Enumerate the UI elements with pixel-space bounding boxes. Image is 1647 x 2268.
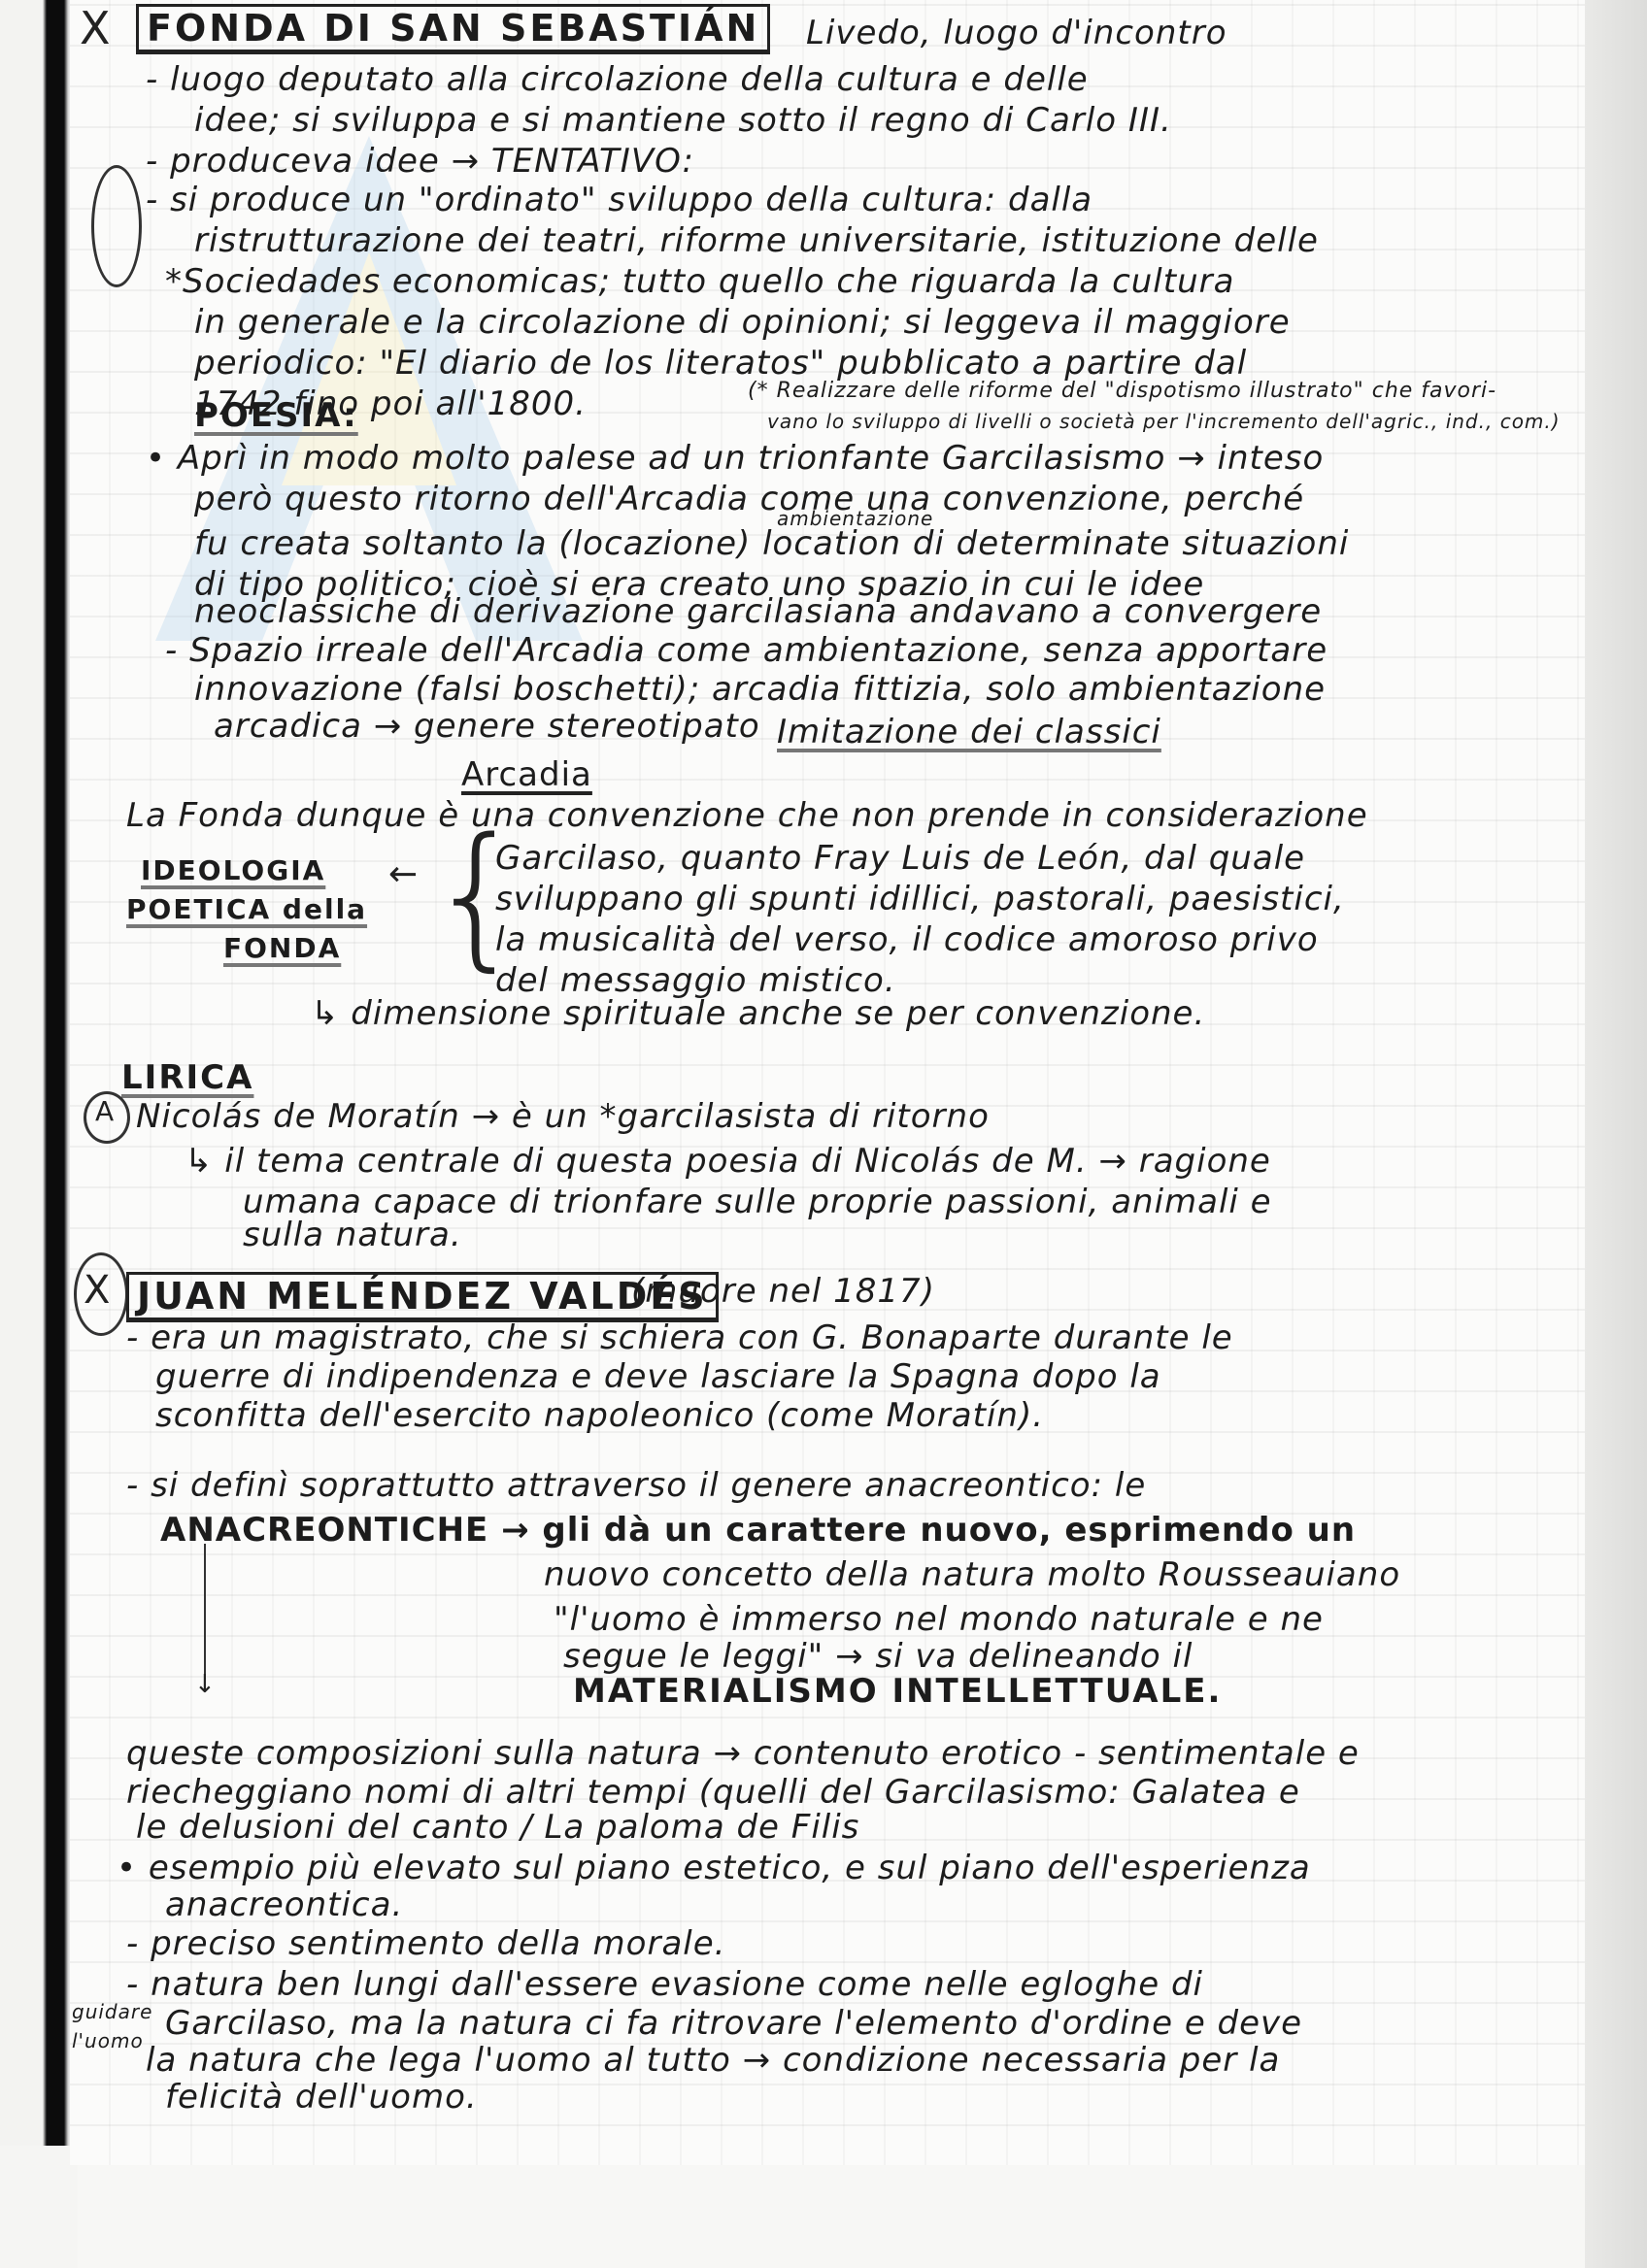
note-line: guerre di indipendenza e deve lasciare l…: [155, 1357, 1161, 1396]
margin-note: guidare: [72, 2000, 152, 2023]
footnote-line: (* Realizzare delle riforme del "dispoti…: [748, 379, 1496, 403]
footnote-line: vano lo sviluppo di livelli o società pe…: [767, 410, 1561, 433]
note-line: anacreontica.: [165, 1885, 403, 1924]
note-line: però questo ritorno dell'Arcadia come un…: [194, 480, 1304, 518]
side-label: IDEOLOGIA: [141, 854, 325, 886]
section-title-fonda: FONDA DI SAN SEBASTIÁN: [136, 4, 770, 54]
title-note: (muore nel 1817): [631, 1272, 935, 1311]
note-line: ↳ il tema centrale di questa poesia di N…: [185, 1142, 1271, 1181]
note-line: neoclassiche di derivazione garcilasiana…: [194, 592, 1322, 631]
margin-circle-mark: [91, 165, 142, 287]
arrow-left-icon: ←: [388, 854, 418, 894]
note-line: queste composizioni sulla natura → conte…: [126, 1734, 1360, 1773]
section-heading-poesia: POESIA:: [194, 396, 358, 435]
side-note: Imitazione dei classici: [777, 713, 1161, 751]
note-line: segue le leggi" → si va delineando il: [563, 1637, 1193, 1676]
note-line: sviluppano gli spunti idillici, pastoral…: [495, 880, 1345, 918]
margin-x-mark: X: [84, 1268, 110, 1313]
note-line: - preciso sentimento della morale.: [126, 1924, 725, 1963]
note-line: Garcilaso, quanto Fray Luis de León, dal…: [495, 839, 1305, 878]
note-line: felicità dell'uomo.: [165, 2078, 478, 2117]
note-line: MATERIALISMO INTELLETTUALE.: [573, 1672, 1222, 1711]
margin-x-mark: X: [80, 2, 111, 54]
note-line: - produceva idee → TENTATIVO:: [146, 142, 694, 181]
margin-mark-a: A: [95, 1095, 114, 1127]
note-line: - Spazio irreale dell'Arcadia come ambie…: [165, 631, 1328, 670]
note-line: ristrutturazione dei teatri, riforme uni…: [194, 221, 1319, 260]
note-line: innovazione (falsi boschetti); arcadia f…: [194, 670, 1326, 709]
note-line: - luogo deputato alla circolazione della…: [146, 60, 1089, 99]
down-arrow: [204, 1544, 206, 1680]
note-line: • Aprì in modo molto palese ad un trionf…: [146, 439, 1324, 478]
note-line: Garcilaso, ma la natura ci fa ritrovare …: [165, 2004, 1302, 2043]
arrow-down-icon: ↓: [194, 1670, 216, 1699]
note-line: "l'uomo è immerso nel mondo naturale e n…: [554, 1600, 1324, 1639]
note-line: - era un magistrato, che si schiera con …: [126, 1318, 1233, 1357]
scan-right-edge: [1585, 0, 1647, 2268]
note-line: arcadica → genere stereotipato: [214, 707, 760, 746]
note-line: in generale e la circolazione di opinion…: [194, 303, 1291, 342]
side-label: POETICA della: [126, 893, 367, 925]
side-label: FONDA: [223, 932, 341, 964]
scan-binding-edge: [0, 0, 70, 2268]
margin-note: l'uomo: [72, 2029, 144, 2052]
note-line: sconfitta dell'esercito napoleonico (com…: [155, 1396, 1044, 1435]
section-heading-lirica: LIRICA: [121, 1058, 253, 1097]
section-title-meléndez: JUAN MELÉNDEZ VALDÉS: [126, 1272, 719, 1322]
title-subtitle: Livedo, luogo d'incontro: [806, 14, 1227, 52]
note-line: sulla natura.: [243, 1216, 462, 1254]
note-line: - natura ben lungi dall'essere evasione …: [126, 1965, 1203, 2004]
note-line: - si produce un "ordinato" sviluppo dell…: [146, 181, 1092, 219]
note-line: fu creata soltanto la (locazione) locati…: [194, 524, 1349, 563]
note-line: nuovo concetto della natura molto Rousse…: [544, 1555, 1400, 1594]
note-line: idee; si sviluppa e si mantiene sotto il…: [194, 101, 1172, 140]
insert-word: Arcadia: [461, 755, 592, 794]
note-line: le delusioni del canto / La paloma de Fi…: [136, 1808, 859, 1847]
note-line: Nicolás de Moratín → è un *garcilasista …: [136, 1097, 990, 1136]
note-line: periodico: "El diario de los literatos" …: [194, 344, 1247, 383]
note-line: ↳ dimensione spirituale anche se per con…: [311, 994, 1205, 1033]
note-line: *Sociedades economicas; tutto quello che…: [165, 262, 1234, 301]
note-line: La Fonda dunque è una convenzione che no…: [126, 796, 1368, 835]
note-line: la natura che lega l'uomo al tutto → con…: [146, 2041, 1280, 2080]
note-line: - si definì soprattutto attraverso il ge…: [126, 1466, 1146, 1505]
note-line: la musicalità del verso, il codice amoro…: [495, 920, 1319, 959]
scan-margin: [0, 2146, 78, 2268]
note-line: riecheggiano nomi di altri tempi (quelli…: [126, 1773, 1300, 1812]
note-line: • esempio più elevato sul piano estetico…: [117, 1849, 1311, 1887]
note-line: ANACREONTICHE → gli dà un carattere nuov…: [160, 1511, 1356, 1550]
